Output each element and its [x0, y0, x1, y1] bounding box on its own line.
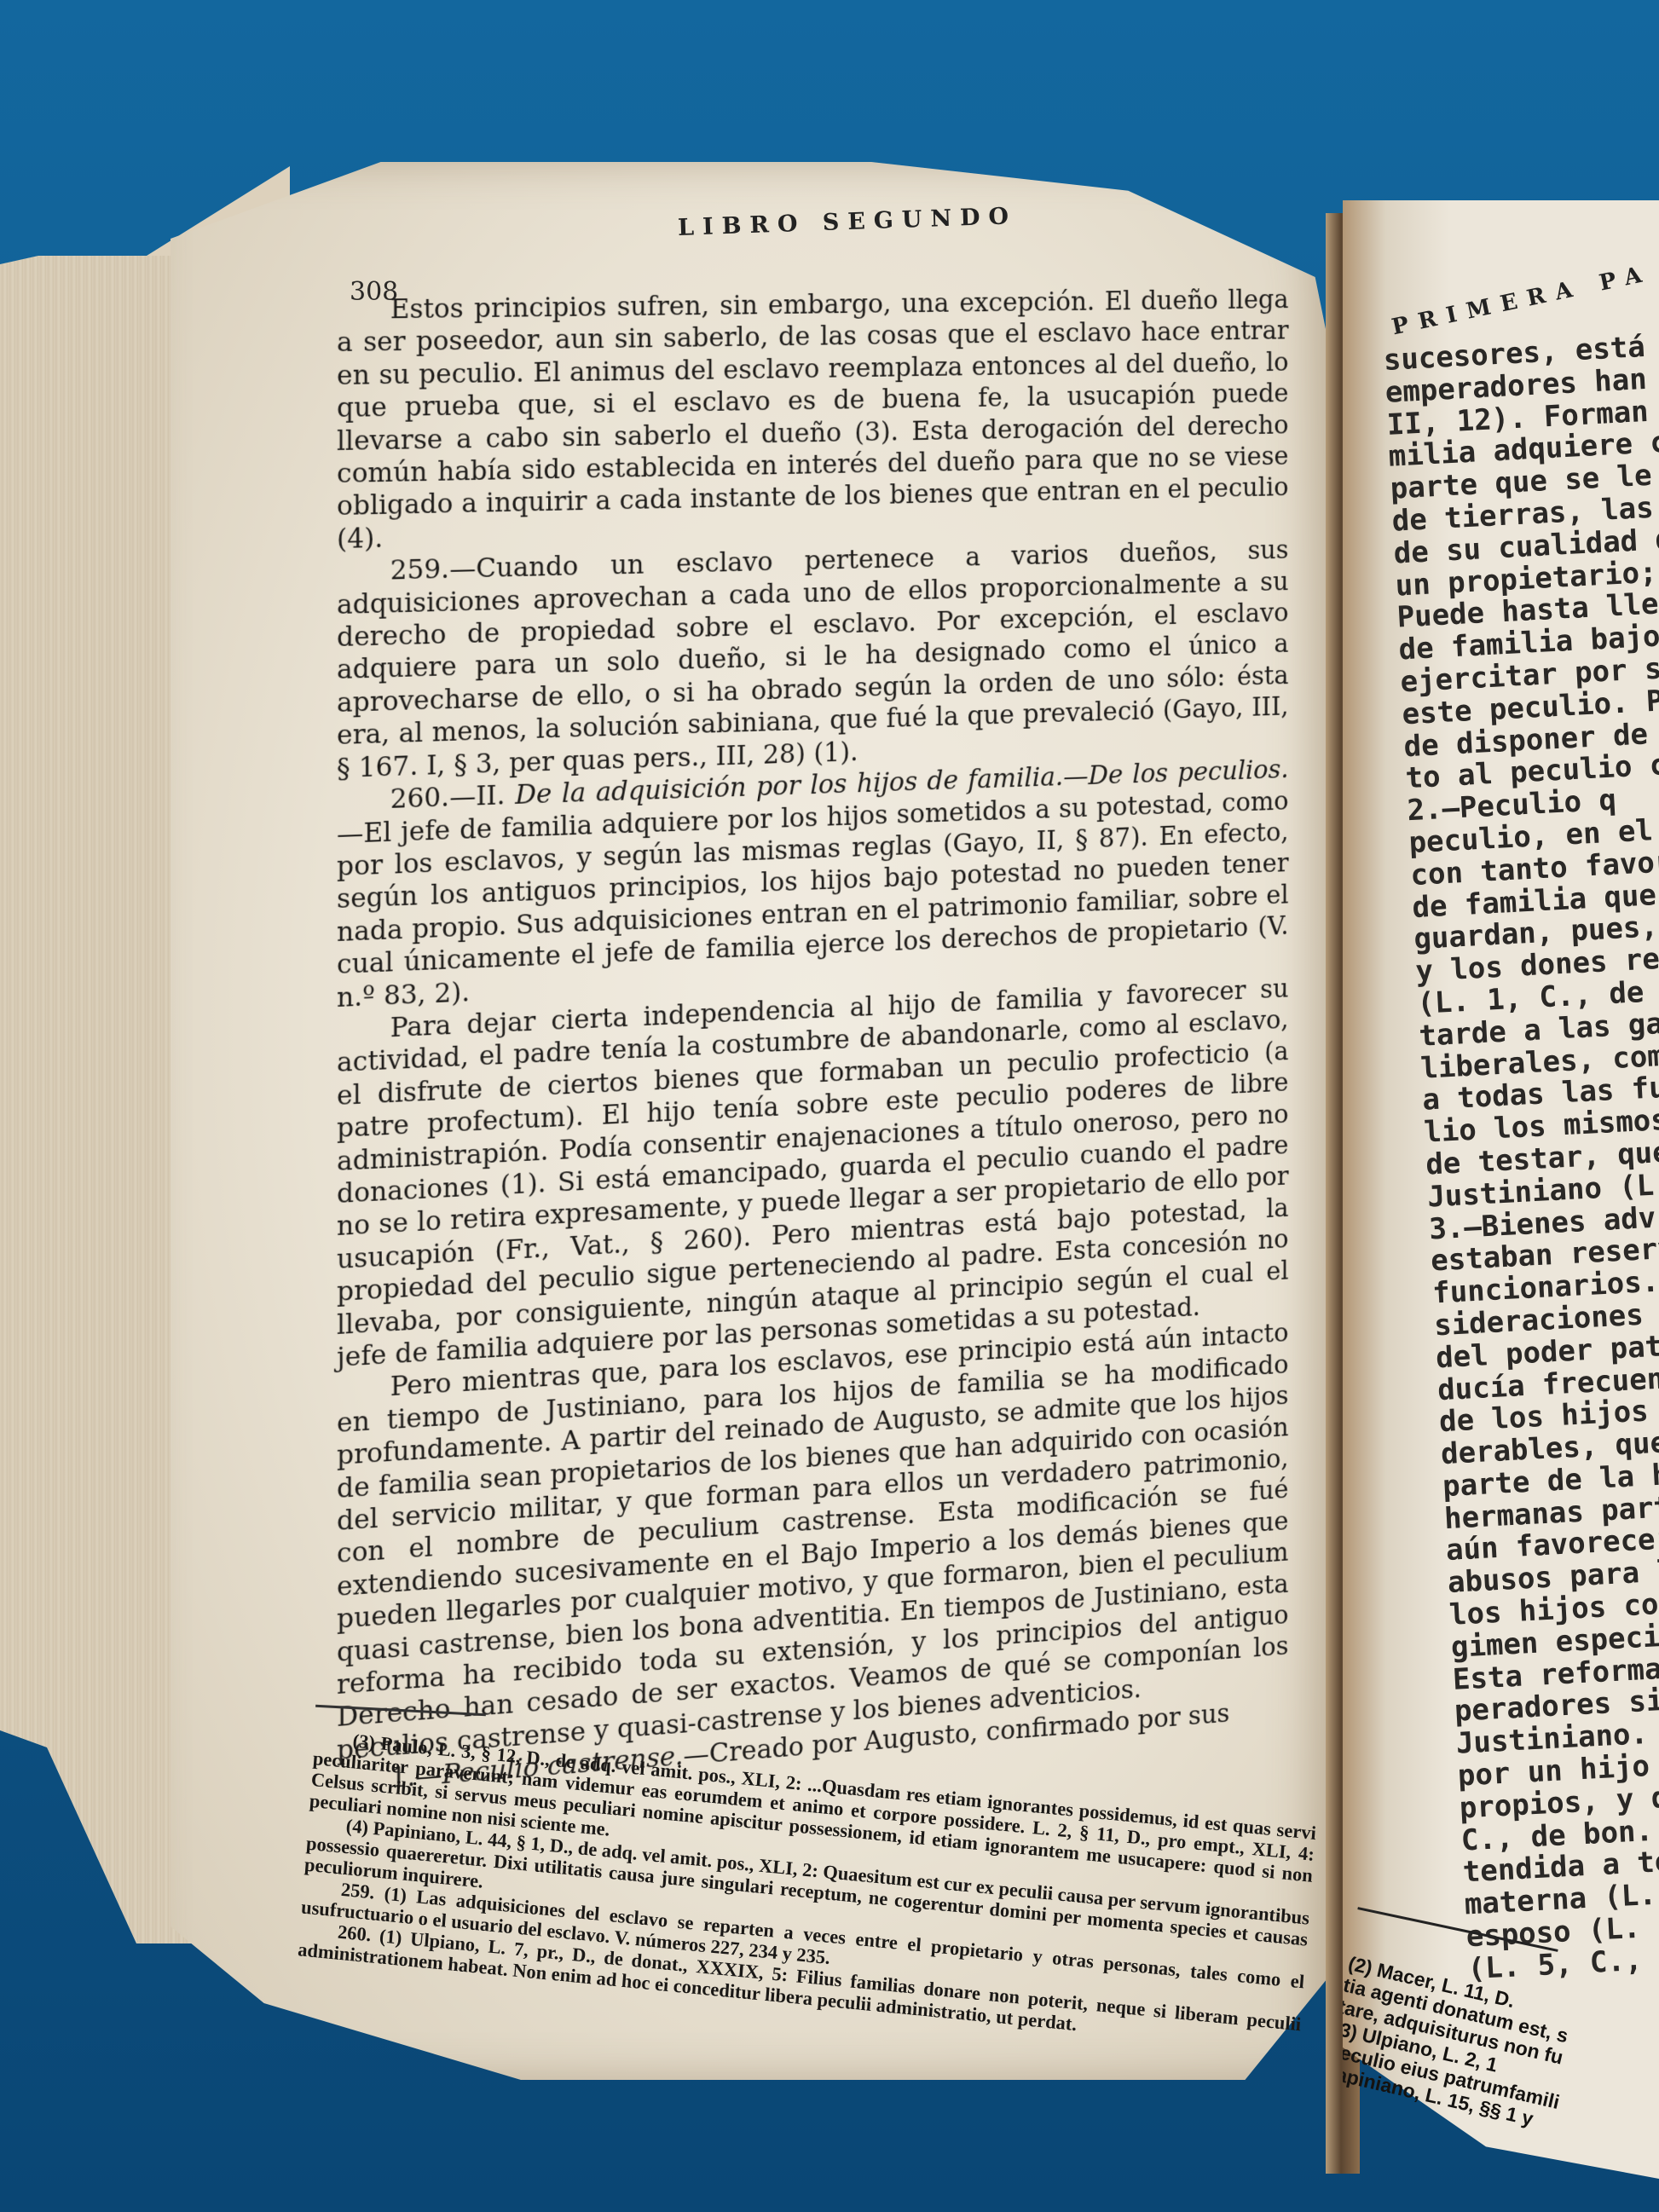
paragraph-justiniano: Pero mientras que, para los esclavos, es…: [337, 1318, 1289, 1768]
left-page-body: Estos principios sufren, sin embargo, un…: [337, 284, 1289, 1799]
paragraph-peculio-profecticio: Para dejar cierta independencia al hijo …: [337, 973, 1289, 1375]
right-page-body: sucesores, está inemperadores hanII, 12)…: [1383, 319, 1659, 1986]
paragraph-260: 260.—II. De la adquisición por los hijos…: [337, 754, 1289, 1014]
right-page-footnotes: (2) Macer, L. 11, D.tia agenti donatum e…: [1343, 1952, 1659, 2197]
running-head-right: PRIMERA PA: [1390, 260, 1654, 340]
paragraph-259: 259.—Cuando un esclavo pertenece a vario…: [337, 534, 1289, 785]
right-page-viewport: PRIMERA PA sucesores, está inemperadores…: [1343, 0, 1659, 2212]
section-number: 259.: [390, 554, 449, 586]
section-number: 260.—II.: [390, 781, 506, 815]
paragraph-exception: Estos principios sufren, sin embargo, un…: [337, 284, 1289, 556]
